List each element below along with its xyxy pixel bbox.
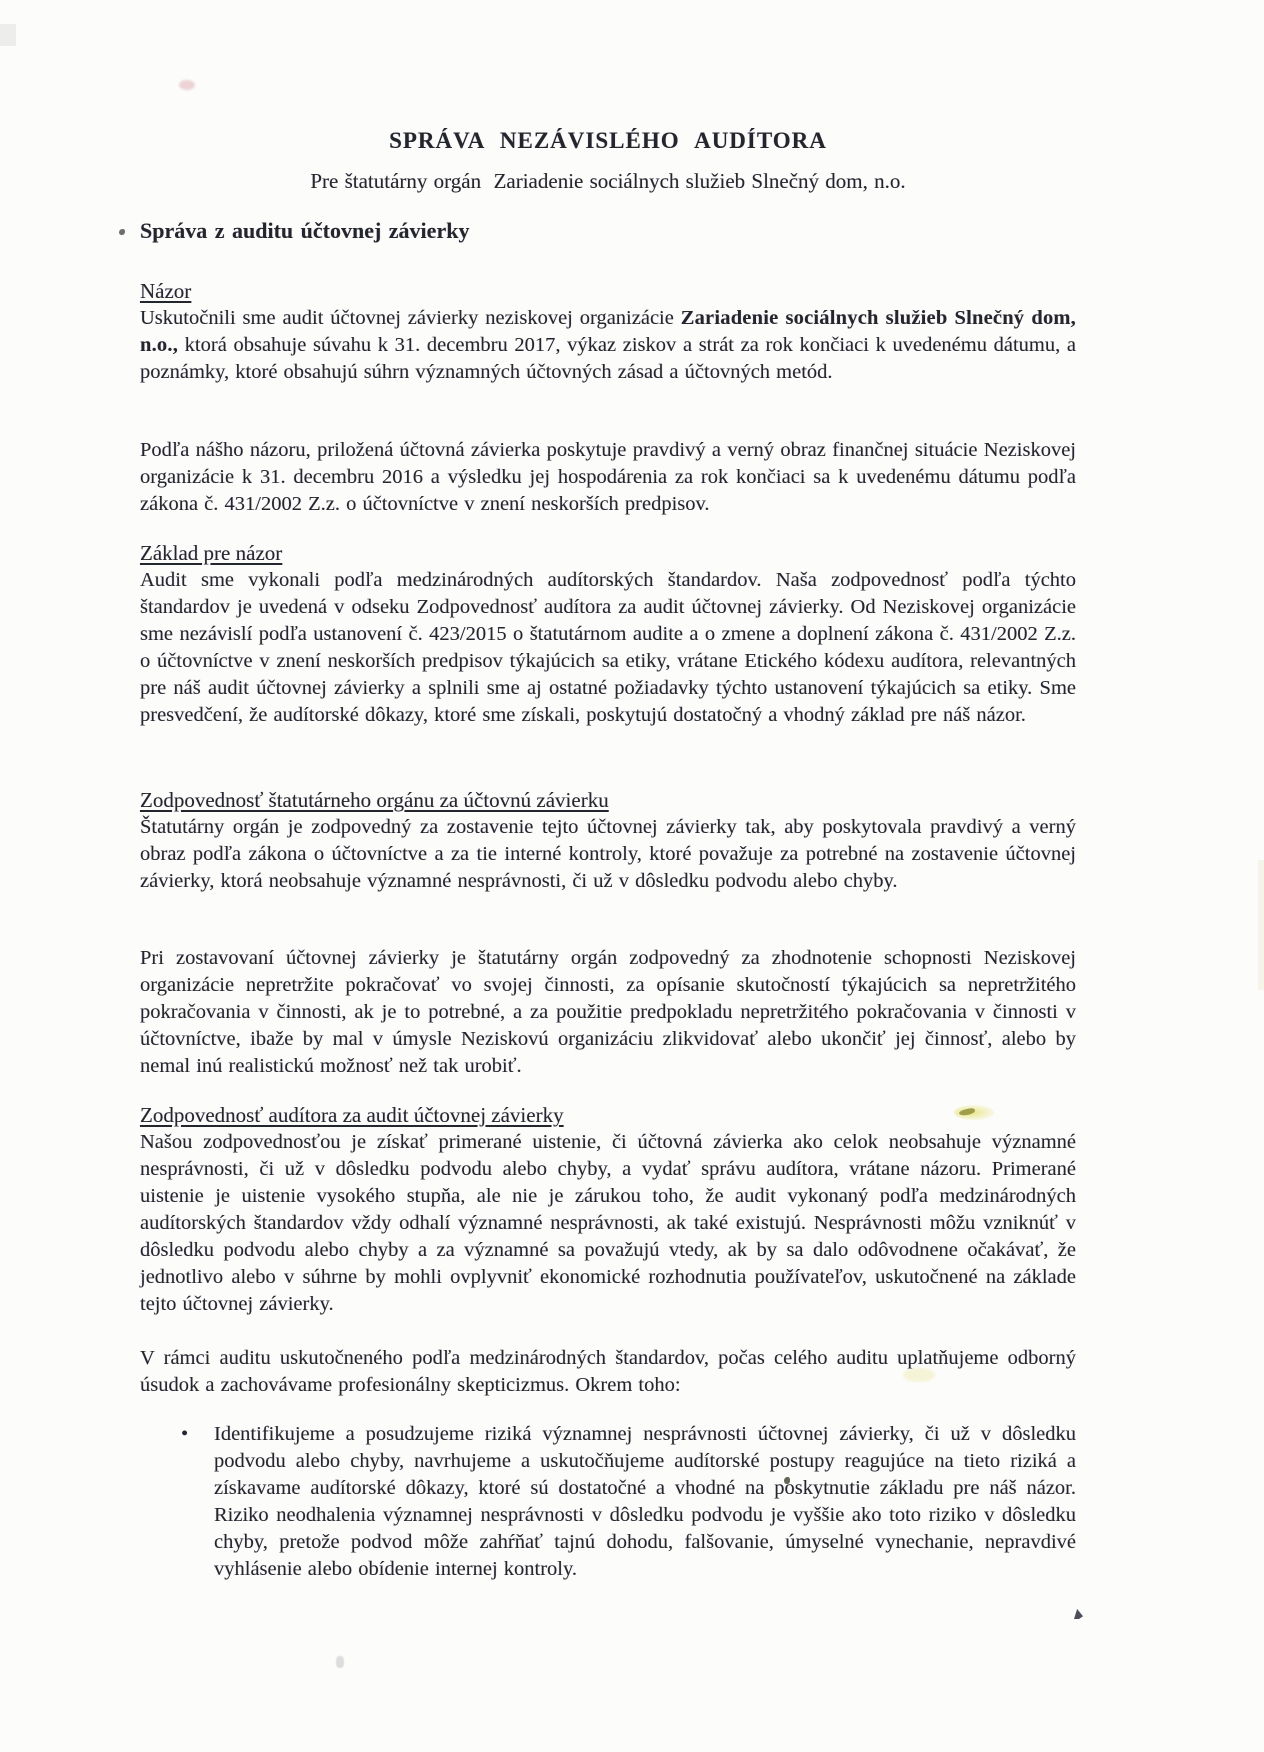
section-heading-auditor: Zodpovednosť audítora za audit účtovnej … xyxy=(140,1102,1076,1129)
bullet-item: • Identifikujeme a posudzujeme riziká vý… xyxy=(140,1421,1076,1583)
scan-stray-dot xyxy=(119,229,125,235)
section-heading-basis: Základ pre názor xyxy=(140,540,1076,567)
scan-faint-gray-speck xyxy=(336,1656,344,1668)
paragraph-opinion-1-pre: Uskutočnili sme audit účtovnej závierky … xyxy=(140,307,681,329)
paragraph-opinion-1: Uskutočnili sme audit účtovnej závierky … xyxy=(140,305,1076,386)
report-heading: Správa z auditu účtovnej závierky xyxy=(140,217,1076,245)
scan-pink-speck xyxy=(179,80,195,90)
paragraph-opinion-1-post: ktorá obsahuje súvahu k 31. decembru 201… xyxy=(140,334,1076,383)
paragraph-basis-1: Audit sme vykonali podľa medzinárodných … xyxy=(140,567,1076,729)
scan-corner-streak xyxy=(0,24,16,46)
paragraph-auditor-2: V rámci auditu uskutočneného podľa medzi… xyxy=(140,1345,1076,1399)
section-heading-opinion: Názor xyxy=(140,278,1076,305)
paragraph-management-2: Pri zostavovaní účtovnej závierky je šta… xyxy=(140,945,1076,1080)
section-heading-management: Zodpovednosť štatutárneho orgánu za účto… xyxy=(140,787,1076,814)
bullet-icon: • xyxy=(181,1421,214,1583)
bullet-item-text: Identifikujeme a posudzujeme riziká význ… xyxy=(214,1421,1076,1583)
scan-edge-warm-streak xyxy=(1258,860,1264,990)
paragraph-auditor-1: Našou zodpovednosťou je získať primerané… xyxy=(140,1129,1076,1318)
scan-dark-speck xyxy=(1074,1609,1083,1619)
recipient-line: Pre štatutárny orgán Zariadenie sociálny… xyxy=(140,167,1076,195)
document-title: SPRÁVA NEZÁVISLÉHO AUDÍTORA xyxy=(140,126,1076,156)
paragraph-management-1: Štatutárny orgán je zodpovedný za zostav… xyxy=(140,814,1076,895)
scanned-document-page: SPRÁVA NEZÁVISLÉHO AUDÍTORA Pre štatutár… xyxy=(0,0,1264,1752)
paragraph-opinion-2: Podľa nášho názoru, priložená účtovná zá… xyxy=(140,437,1076,518)
